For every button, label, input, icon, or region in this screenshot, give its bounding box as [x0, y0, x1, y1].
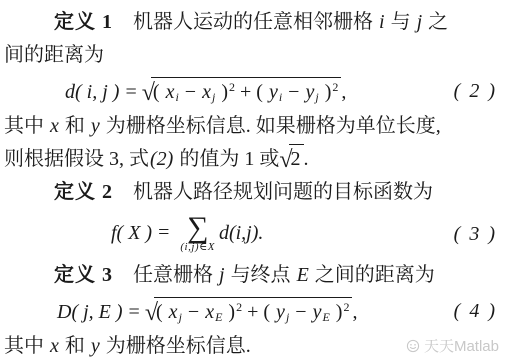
variable-y: y — [90, 335, 101, 357]
equation-4-expression: D( j, E ) = √( xj − xE )2 + ( yj − yE )2… — [56, 297, 357, 325]
variable-x: x — [168, 301, 179, 323]
definition-1-label: 定义 1 — [54, 11, 113, 33]
comma: , — [341, 81, 346, 103]
definition-1-text: 与 — [386, 11, 416, 33]
paragraph-1-line1: 其中 x 和 y 为栅格坐标信息. 如果栅格为单位长度, — [0, 110, 507, 143]
summation: ∑(i,j)∈X — [180, 215, 215, 253]
variable-x: x — [201, 81, 212, 103]
variable-x: x — [204, 301, 215, 323]
equation-2-number: ( 2 ) — [454, 80, 497, 103]
sigma-icon: ∑ — [187, 215, 208, 241]
watermark-label: 天天Matlab — [424, 335, 499, 356]
equation-2-expression: d( i, j ) = √( xi − xj )2 + ( yi − yj )2… — [64, 77, 346, 105]
equation-3-rhs: d(i,j). — [218, 222, 264, 244]
equation-4: D( j, E ) = √( xj − xE )2 + ( yj − yE )2… — [0, 292, 507, 330]
paper-page: 定义 1机器人运动的任意相邻栅格 i 与 j 之 间的距离为 d( i, j )… — [0, 0, 507, 363]
definition-3-text: 与终点 — [226, 264, 296, 286]
definition-2-label: 定义 2 — [54, 181, 113, 203]
minus-sign: − — [180, 81, 201, 103]
variable-E: E — [296, 264, 310, 286]
exponent-2: 2 — [228, 80, 235, 94]
paragraph-1-line2: 则根据假设 3, 式(2) 的值为 1 或√2. — [0, 143, 507, 176]
equals-sign: = — [153, 222, 174, 244]
variable-x: x — [49, 115, 60, 137]
variable-j: j — [416, 11, 424, 33]
minus-sign: − — [183, 301, 204, 323]
definition-1-text: 间的距离为 — [4, 44, 104, 66]
variable-y: y — [90, 115, 101, 137]
variable-y: y — [268, 81, 279, 103]
equation-3-number: ( 3 ) — [454, 223, 497, 246]
radicand: 2 — [289, 144, 304, 171]
comma: , — [352, 301, 357, 323]
equation-3: f( X ) = ∑(i,j)∈Xd(i,j). ( 3 ) — [0, 209, 507, 259]
definition-1-text: 之 — [423, 11, 448, 33]
definition-2-heading: 定义 2机器人路径规划问题的目标函数为 — [0, 176, 507, 209]
smiley-face-icon — [406, 339, 420, 353]
summation-limits: (i,j)∈X — [180, 242, 215, 253]
definition-1-text: 机器人运动的任意相邻栅格 — [133, 11, 378, 33]
plus-sign: + — [242, 301, 263, 323]
plus-sign: + — [235, 81, 256, 103]
variable-x: x — [165, 81, 176, 103]
variable-i: i — [378, 11, 386, 33]
square-root: √( xi − xj )2 + ( yi − yj )2 — [142, 81, 342, 103]
radicand: ( xj − xE )2 + ( yj − yE )2 — [154, 297, 352, 324]
variable-j: j — [218, 264, 226, 286]
definition-3-label: 定义 3 — [54, 264, 113, 286]
minus-sign: − — [283, 81, 304, 103]
definition-1-heading: 定义 1机器人运动的任意相邻栅格 i 与 j 之 — [0, 6, 507, 39]
definition-3-text: 之间的距离为 — [310, 264, 435, 286]
exponent-2: 2 — [331, 80, 338, 94]
exponent-2: 2 — [342, 300, 349, 314]
definition-3-heading: 定义 3任意栅格 j 与终点 E 之间的距离为 — [0, 259, 507, 292]
definition-1-text-line2: 间的距离为 — [0, 39, 507, 72]
definition-2-text: 机器人路径规划问题的目标函数为 — [133, 181, 433, 203]
definition-3-text: 任意栅格 — [133, 264, 218, 286]
radicand: ( xi − xj )2 + ( yi − yj )2 — [151, 77, 341, 104]
square-root: √2 — [279, 148, 303, 170]
equation-2-lhs: d( i, j ) — [64, 81, 120, 103]
equation-4-number: ( 4 ) — [454, 300, 497, 323]
square-root: √( xj − xE )2 + ( yj − yE )2 — [145, 301, 353, 323]
watermark: 天天Matlab — [406, 335, 499, 356]
equation-3-expression: f( X ) = ∑(i,j)∈Xd(i,j). — [110, 215, 264, 253]
minus-sign: − — [290, 301, 311, 323]
equation-2: d( i, j ) = √( xi − xj )2 + ( yi − yj )2… — [0, 72, 507, 110]
equation-4-lhs: D( j, E ) — [56, 301, 124, 323]
variable-y: y — [312, 301, 323, 323]
equals-sign: = — [120, 81, 141, 103]
variable-x: x — [49, 335, 60, 357]
equals-sign: = — [124, 301, 145, 323]
variable-y: y — [304, 81, 315, 103]
equation-reference: (2) — [149, 148, 174, 170]
variable-y: y — [275, 301, 286, 323]
subscript-E: E — [322, 310, 330, 324]
equation-3-lhs: f( X ) — [110, 222, 153, 244]
